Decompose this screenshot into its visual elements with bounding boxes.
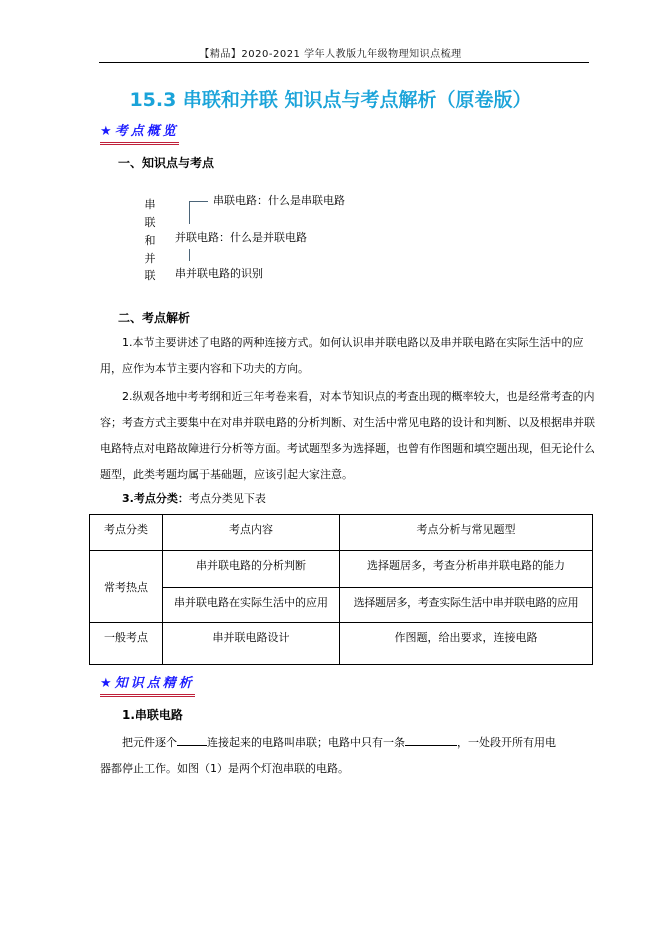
header-divider xyxy=(99,62,589,63)
table-cell-content: 串并联电路的分析判断 xyxy=(163,551,340,588)
running-header: 【精品】2020-2021 学年人教版九年级物理知识点梳理 xyxy=(0,48,661,62)
analysis-paragraph-1: 1.本节主要讲述了电路的两种连接方式。如何认识串并联电路以及串并联电路在实际生活… xyxy=(100,330,595,382)
series-circuit-paragraph-line2: 器都停止工作。如图（1）是两个灯泡串联的电路。 xyxy=(100,756,349,782)
table-cell-category: 一般考点 xyxy=(90,623,163,665)
series-circuit-paragraph: 把元件逐个连接起来的电路叫串联；电路中只有一条，一处段开所有用电 xyxy=(122,730,602,756)
table-row: 串并联电路在实际生活中的应用 选择题居多，考查实际生活中串并联电路的应用 xyxy=(90,588,593,623)
fill-blank-2[interactable] xyxy=(405,733,457,746)
table-cell-analysis: 选择题居多，考查分析串并联电路的能力 xyxy=(340,551,593,588)
table-row: 常考热点 串并联电路的分析判断 选择题居多，考查分析串并联电路的能力 xyxy=(90,551,593,588)
heading-series-circuit: 1.串联电路 xyxy=(122,707,183,723)
section-banner-overview: ★考点概览 xyxy=(100,124,179,145)
tree-root-char: 联 xyxy=(143,214,157,232)
tree-root-char: 联 xyxy=(143,267,157,285)
document-title: 15.3 串联和并联 知识点与考点解析（原卷版） xyxy=(0,88,661,112)
fill-blank-1[interactable] xyxy=(177,733,207,746)
tree-branch-parallel: 并联电路：什么是并联电路 xyxy=(175,228,307,248)
table-header-cell: 考点分析与常见题型 xyxy=(340,515,593,551)
analysis-paragraph-2: 2.纵观各地中考考纲和近三年考卷来看，对本节知识点的考查出现的概率较大，也是经常… xyxy=(100,384,595,488)
tree-branch-series: 串联电路：什么是串联电路 xyxy=(213,191,345,211)
table-cell-analysis: 选择题居多，考查实际生活中串并联电路的应用 xyxy=(340,588,593,623)
table-cell-category: 常考热点 xyxy=(90,551,163,623)
tree-root-char: 串 xyxy=(143,196,157,214)
exam-point-table: 考点分类 考点内容 考点分析与常见题型 常考热点 串并联电路的分析判断 选择题居… xyxy=(89,514,593,665)
classification-label: 3.考点分类：考点分类见下表 xyxy=(122,491,266,507)
paragraph-text: 连接起来的电路叫串联；电路中只有一条 xyxy=(207,736,405,749)
table-header-cell: 考点分类 xyxy=(90,515,163,551)
paragraph-text: 把元件逐个 xyxy=(122,736,177,749)
classification-label-text: 考点分类见下表 xyxy=(189,492,266,505)
heading-exam-point-analysis: 二、考点解析 xyxy=(118,310,190,326)
table-header-row: 考点分类 考点内容 考点分析与常见题型 xyxy=(90,515,593,551)
tree-root-char: 并 xyxy=(143,250,157,268)
heading-knowledge-and-exam-points: 一、知识点与考点 xyxy=(118,155,214,171)
tree-bracket-top xyxy=(189,201,208,224)
classification-label-bold: 3.考点分类： xyxy=(122,492,189,505)
table-cell-content: 串并联电路设计 xyxy=(163,623,340,665)
section-banner-knowledge: ★知识点精析 xyxy=(100,676,195,697)
paragraph-text: ，一处段开所有用电 xyxy=(457,736,556,749)
table-row: 一般考点 串并联电路设计 作图题，给出要求，连接电路 xyxy=(90,623,593,665)
tree-branch-identify: 串并联电路的识别 xyxy=(175,264,263,284)
table-cell-analysis: 作图题，给出要求，连接电路 xyxy=(340,623,593,665)
tree-root-char: 和 xyxy=(143,232,157,250)
table-cell-content: 串并联电路在实际生活中的应用 xyxy=(163,588,340,623)
table-header-cell: 考点内容 xyxy=(163,515,340,551)
tree-bracket-bottom xyxy=(189,249,190,261)
